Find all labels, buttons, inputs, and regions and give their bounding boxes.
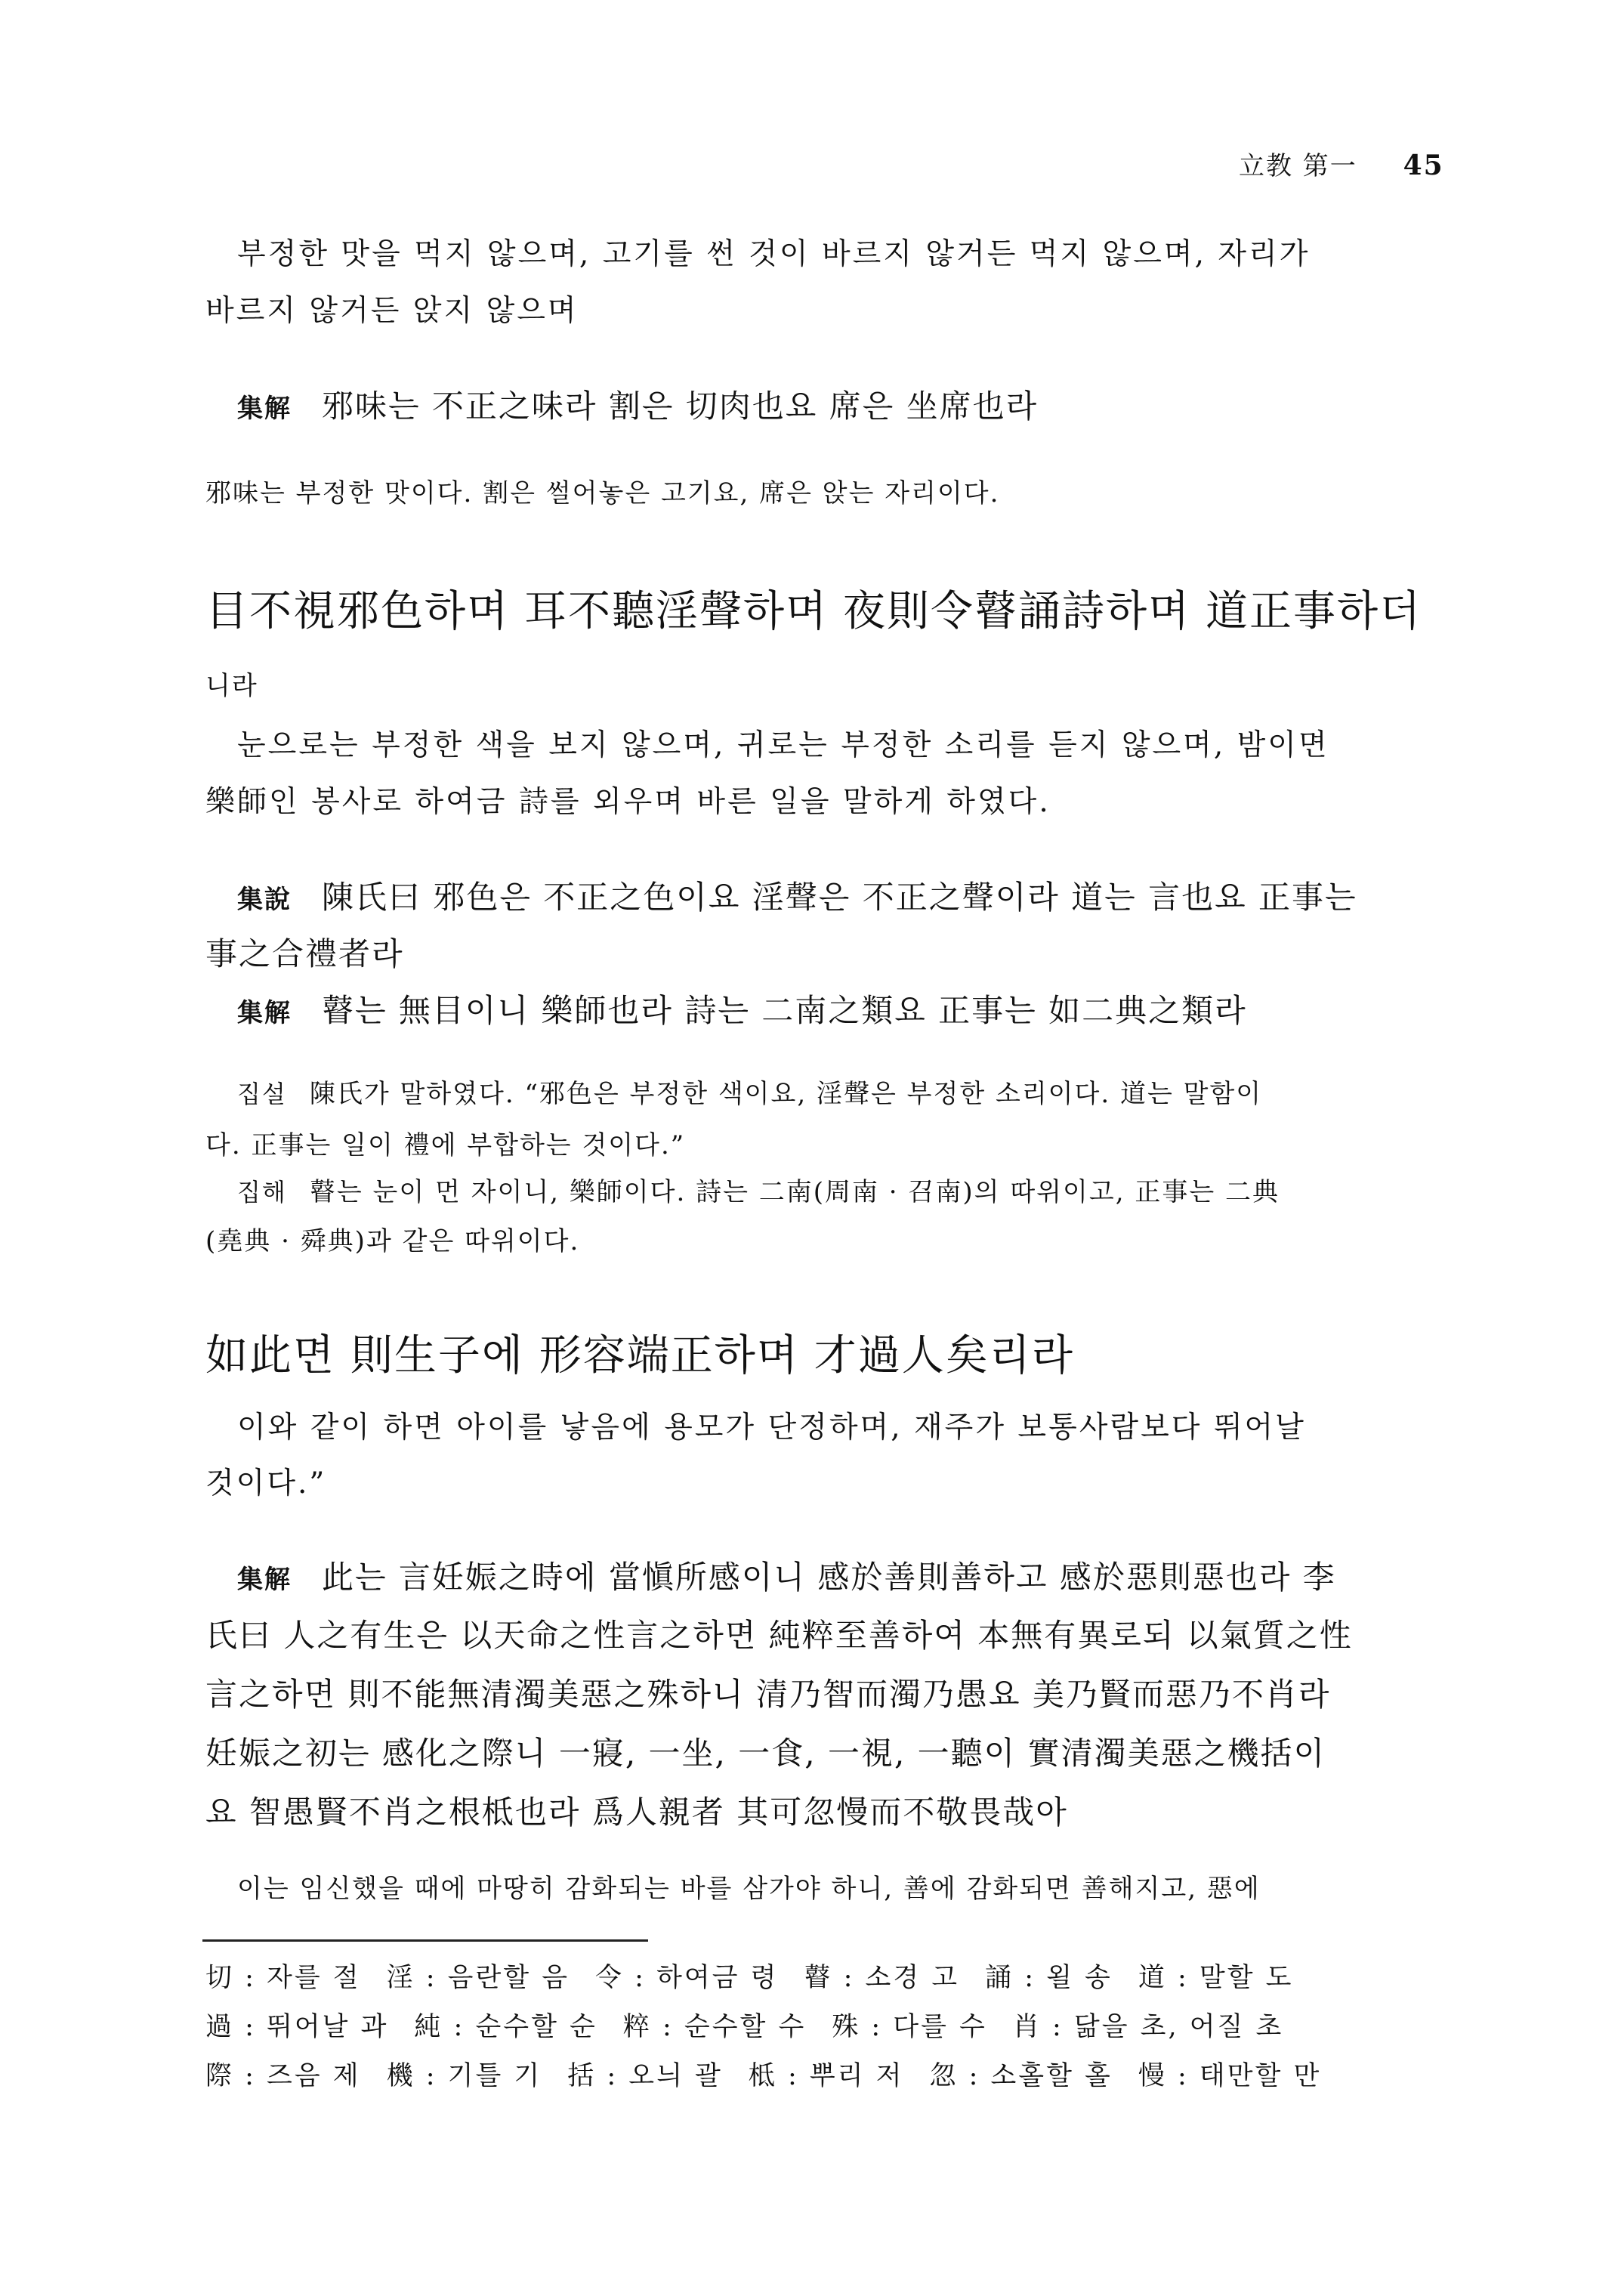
- gloss-item: 瞽 : 소경 고: [804, 1963, 959, 1993]
- commentary-text: 陳氏曰 邪色은 不正之色이요 淫聲은 不正之聲이라 道는 言也요 正事는: [322, 879, 1357, 916]
- gloss-item: 括 : 오늬 괄: [567, 2061, 723, 2091]
- footnote-divider: [202, 1939, 648, 1942]
- section-title: 立教 第一: [1239, 151, 1357, 181]
- gloss-item: 道 : 말할 도: [1138, 1963, 1294, 1993]
- gloss-item: 切 : 자를 절: [205, 1963, 361, 1993]
- commentary-label: 集解: [237, 394, 292, 424]
- translation-line: 눈으로는 부정한 색을 보지 않으며, 귀로는 부정한 소리를 듣지 않으며, …: [205, 722, 1329, 764]
- translation-line: 이는 임신했을 때에 마땅히 감화되는 바를 삼가야 하니, 善에 감화되면 善…: [205, 1868, 1261, 1905]
- commentary-label: 集說: [237, 885, 292, 915]
- commentary-jiphae: 集解瞽는 無目이니 樂師也라 詩는 二南之類요 正事는 如二典之類라: [205, 986, 1247, 1031]
- commentary-label: 集解: [237, 998, 292, 1028]
- commentary-text: 事之合禮者라: [205, 929, 404, 975]
- commentary-translation-text: 陳氏가 말하였다. “邪色은 부정한 색이요, 淫聲은 부정한 소리이다. 道는…: [310, 1079, 1262, 1109]
- commentary-text: 此는 言妊娠之時에 當愼所感이니 感於善則善하고 感於惡則惡也라 李: [322, 1559, 1336, 1596]
- commentary-translation-text: (堯典 · 舜典)과 같은 따위이다.: [205, 1220, 579, 1257]
- commentary-text: 言之하면 則不能無清濁美惡之殊하니 清乃智而濁乃愚요 美乃賢而惡乃不肖라: [205, 1670, 1331, 1715]
- gloss-item: 淫 : 음란할 음: [387, 1963, 570, 1993]
- footnote-row: 切 : 자를 절淫 : 음란할 음令 : 하여금 령瞽 : 소경 고誦 : 욀 …: [205, 1957, 1319, 1995]
- main-text-line: 如此면 則生子에 形容端正하며 才過人矣리라: [205, 1322, 1074, 1383]
- translation-line: 부정한 맛을 먹지 않으며, 고기를 썬 것이 바르지 않거든 먹지 않으며, …: [205, 230, 1310, 273]
- commentary-translation-jipseol: 집설陳氏가 말하였다. “邪色은 부정한 색이요, 淫聲은 부정한 소리이다. …: [205, 1073, 1262, 1110]
- translation-line: 樂師인 봉사로 하여금 詩를 외우며 바른 일을 말하게 하였다.: [205, 778, 1051, 820]
- gloss-item: 忽 : 소홀할 홀: [929, 2061, 1112, 2091]
- commentary-jiphae: 集解此는 言妊娠之時에 當愼所感이니 感於善則善하고 感於惡則惡也라 李: [205, 1553, 1336, 1598]
- gloss-item: 際 : 즈음 제: [205, 2061, 361, 2091]
- commentary-text: 요 智愚賢不肖之根柢也라 爲人親者 其可忽慢而不敬畏哉아: [205, 1788, 1068, 1833]
- gloss-item: 機 : 기틀 기: [387, 2061, 542, 2091]
- book-page: 立教 第一 45 부정한 맛을 먹지 않으며, 고기를 썬 것이 바르지 않거든…: [0, 0, 1624, 2293]
- gloss-item: 純 : 순수할 순: [414, 2012, 597, 2042]
- commentary-text: 邪味는 不正之味라 割은 切肉也요 席은 坐席也라: [322, 388, 1038, 425]
- main-text-line: 니라: [205, 665, 258, 702]
- commentary-jipseol: 集說陳氏曰 邪色은 不正之色이요 淫聲은 不正之聲이라 道는 言也요 正事는: [205, 873, 1357, 918]
- gloss-item: 粹 : 순수할 수: [623, 2012, 806, 2042]
- commentary-label: 집설: [237, 1080, 287, 1108]
- running-head: 立教 第一 45: [1239, 145, 1444, 182]
- translation-line: 것이다.”: [205, 1460, 326, 1502]
- commentary-text: 妊娠之初는 感化之際니 一寢, 一坐, 一食, 一視, 一聽이 實清濁美惡之機括…: [205, 1729, 1326, 1774]
- gloss-item: 令 : 하여금 령: [595, 1963, 778, 1993]
- gloss-item: 慢 : 태만할 만: [1138, 2061, 1321, 2091]
- page-number: 45: [1403, 150, 1444, 181]
- commentary-translation-text: 瞽는 눈이 먼 자이니, 樂師이다. 詩는 二南(周南 · 召南)의 따위이고,…: [310, 1177, 1280, 1207]
- commentary-label: 집해: [237, 1178, 287, 1207]
- main-text-line: 目不視邪色하며 耳不聽淫聲하며 夜則令瞽誦詩하며 道正事하더: [205, 578, 1422, 638]
- gloss-item: 柢 : 뿌리 저: [749, 2061, 904, 2091]
- translation-line: 바르지 않거든 앉지 않으며: [205, 287, 579, 329]
- footnote-row: 際 : 즈음 제機 : 기틀 기括 : 오늬 괄柢 : 뿌리 저忽 : 소홀할 …: [205, 2055, 1347, 2093]
- commentary-translation-text: 다. 正事는 일이 禮에 부합하는 것이다.”: [205, 1124, 685, 1161]
- commentary-text: 氏曰 人之有生은 以天命之性言之하면 純粹至善하여 本無有異로되 以氣質之性: [205, 1611, 1353, 1656]
- commentary-text: 瞽는 無目이니 樂師也라 詩는 二南之類요 正事는 如二典之類라: [322, 992, 1247, 1029]
- gloss-item: 殊 : 다를 수: [832, 2012, 987, 2042]
- gloss-item: 誦 : 욀 송: [985, 1963, 1113, 1993]
- gloss-item: 肖 : 닮을 초, 어질 초: [1013, 2012, 1283, 2042]
- translation-line: 이와 같이 하면 아이를 낳음에 용모가 단정하며, 재주가 보통사람보다 뛰어…: [205, 1404, 1306, 1446]
- gloss-item: 過 : 뛰어날 과: [205, 2012, 388, 2042]
- footnote-row: 過 : 뛰어날 과純 : 순수할 순粹 : 순수할 수殊 : 다를 수肖 : 닮…: [205, 2006, 1309, 2044]
- commentary-translation: 邪味는 부정한 맛이다. 割은 썰어놓은 고기요, 席은 앉는 자리이다.: [205, 472, 999, 509]
- commentary-jiphae: 集解邪味는 不正之味라 割은 切肉也요 席은 坐席也라: [205, 382, 1038, 427]
- commentary-label: 集解: [237, 1565, 292, 1595]
- commentary-translation-jiphae: 집해瞽는 눈이 먼 자이니, 樂師이다. 詩는 二南(周南 · 召南)의 따위이…: [205, 1171, 1280, 1208]
